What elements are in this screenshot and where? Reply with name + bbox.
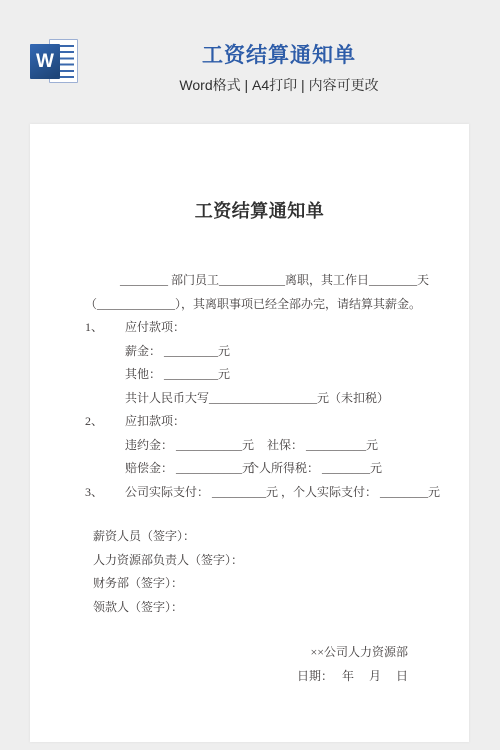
header-text: 工资结算通知单 Word格式 | A4打印 | 内容可更改 — [58, 42, 500, 97]
signature-payroll-staff: 薪资人员（签字）： — [93, 525, 434, 549]
item3-text: 公司实际支付： _________元 ，个人实际支付： ________元 — [125, 485, 440, 499]
item2-number: 2、 — [85, 410, 125, 434]
item2-heading: 2、应扣款项： — [85, 410, 434, 434]
header: W 工资结算通知单 Word格式 | A4打印 | 内容可更改 — [0, 0, 500, 124]
footer-date: 日期： 年 月 日 — [85, 665, 408, 689]
item2-penalty: 违约金： ___________元 — [125, 434, 267, 458]
intro-paragraph: ________ 部门员工___________离职，其工作日________天… — [85, 269, 434, 316]
page-title: 工资结算通知单 — [58, 42, 500, 70]
item1-number: 1、 — [85, 316, 125, 340]
item1-heading: 1、应付款项： — [85, 316, 434, 340]
item2-label: 应扣款项： — [125, 414, 185, 428]
document-footer: ××公司人力资源部 日期： 年 月 日 — [85, 641, 434, 688]
intro-line-1: ________ 部门员工___________离职，其工作日________天 — [85, 269, 434, 293]
item1-label: 应付款项： — [125, 320, 185, 334]
item3-heading: 3、公司实际支付： _________元 ，个人实际支付： ________元 — [85, 481, 434, 505]
document-body: 工资结算通知单 ________ 部门员工___________离职，其工作日_… — [30, 199, 469, 688]
footer-company: ××公司人力资源部 — [85, 641, 408, 665]
item1-row-salary: 薪金： _________元 — [125, 340, 434, 364]
word-icon-slab: W — [30, 44, 60, 79]
document-page: 工资结算通知单 ________ 部门员工___________离职，其工作日_… — [30, 124, 469, 742]
signature-block: 薪资人员（签字）： 人力资源部负责人（签字）： 财务部（签字）： 领款人（签字）… — [93, 525, 434, 619]
item2-row-2: 赔偿金： ___________元个人所得税： ________元 — [125, 457, 434, 481]
item2-row-1: 违约金： ___________元社保： __________元 — [125, 434, 434, 458]
item2-compensation: 赔偿金： ___________元 — [125, 457, 247, 481]
signature-hr-manager: 人力资源部负责人（签字）： — [93, 549, 434, 573]
item1-row-other: 其他： _________元 — [125, 363, 434, 387]
item3-number: 3、 — [85, 481, 125, 505]
intro-line-2: （_____________），其离职事项已经全部办完，请结算其薪金。 — [85, 293, 434, 317]
item2-social-security: 社保： __________元 — [267, 438, 378, 452]
signature-finance-dept: 财务部（签字）： — [93, 572, 434, 596]
document-title: 工资结算通知单 — [85, 199, 434, 223]
signature-payee: 领款人（签字）： — [93, 596, 434, 620]
item2-income-tax: 个人所得税： ________元 — [247, 461, 382, 475]
page-subtitle: Word格式 | A4打印 | 内容可更改 — [58, 73, 500, 97]
word-icon-letter: W — [36, 52, 54, 71]
item1-row-total: 共计人民币大写__________________元（未扣税） — [125, 387, 434, 411]
page-canvas: W 工资结算通知单 Word格式 | A4打印 | 内容可更改 工资结算通知单 … — [0, 0, 500, 750]
